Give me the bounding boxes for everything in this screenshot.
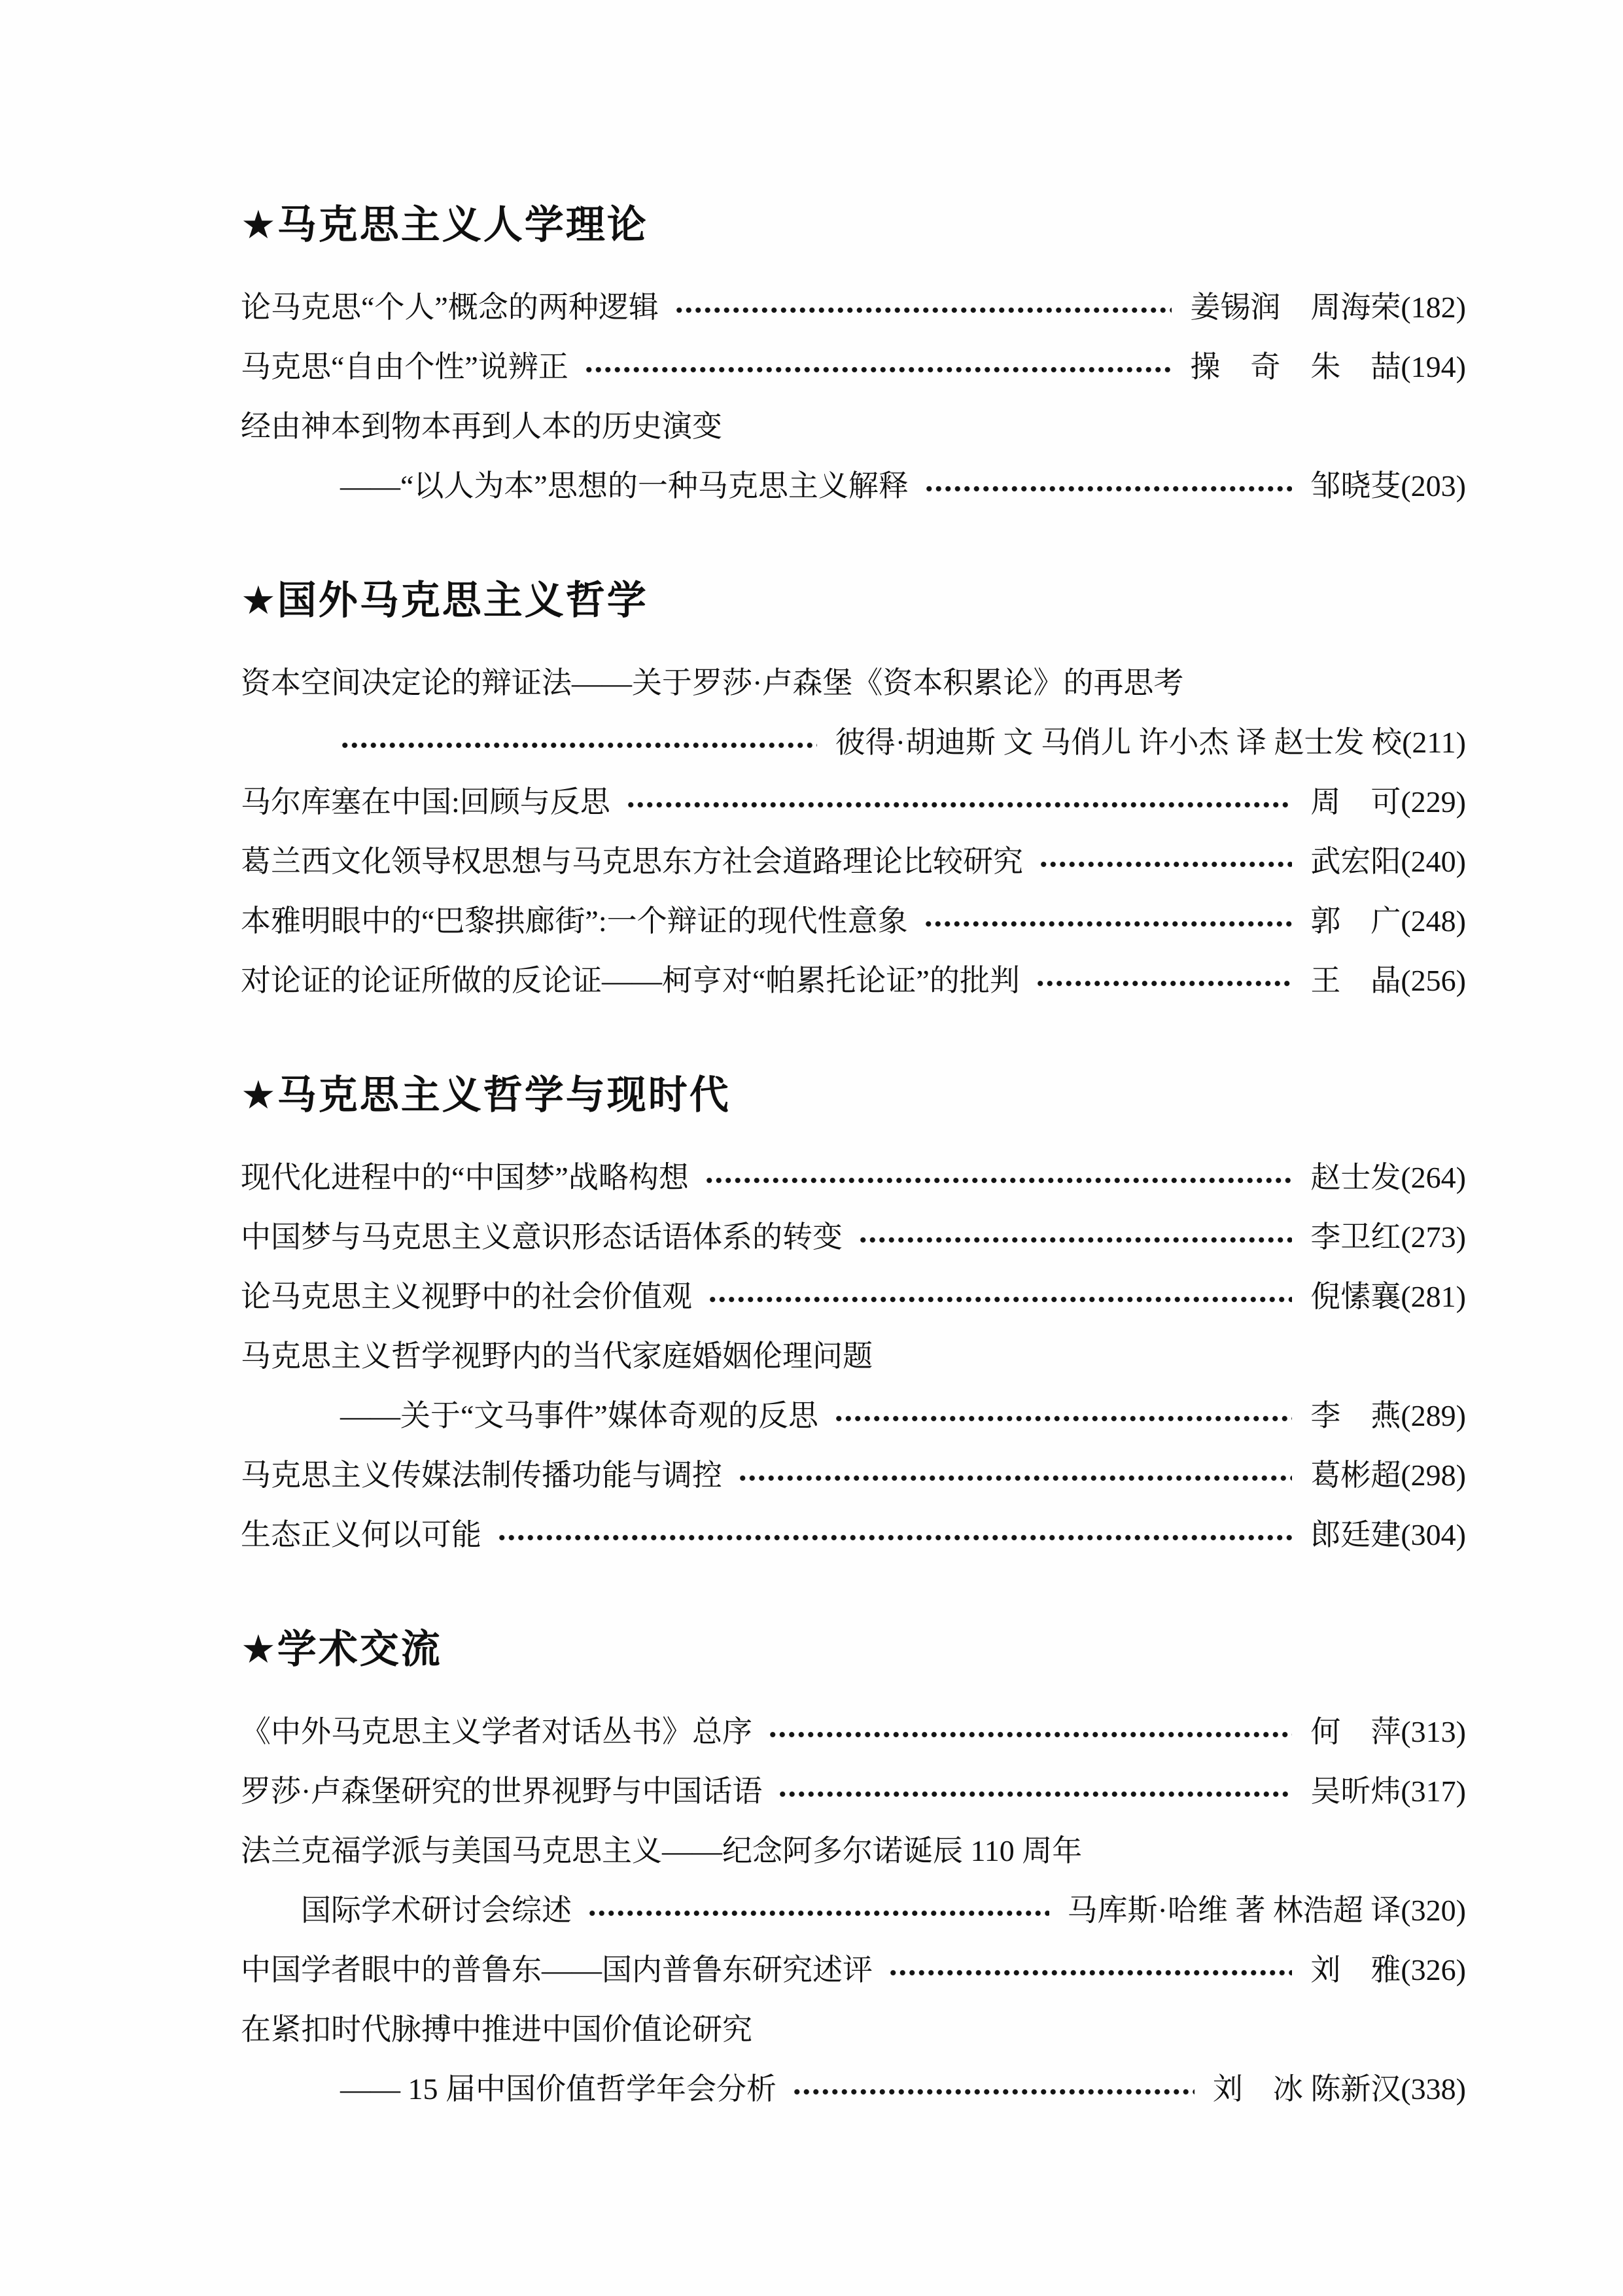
toc-entry-row: —— 15 届中国价值哲学年会分析刘 冰 陈新汉(338)	[241, 2059, 1466, 2119]
entry-title: 罗莎·卢森堡研究的世界视野与中国话语	[241, 1773, 762, 1810]
entry-title: 在紧扣时代脉搏中推进中国价值论研究	[241, 2011, 752, 2049]
entry-author-page: 操 奇 朱 喆(194)	[1190, 348, 1466, 386]
entry-author: 吴昕炜	[1310, 1775, 1401, 1808]
entry-author-page: 刘 冰 陈新汉(338)	[1213, 2070, 1466, 2108]
entry-title: 国际学术研讨会综述	[301, 1892, 572, 1930]
toc-entry-row: 本雅明眼中的“巴黎拱廊街”:一个辩证的现代性意象郭 广(248)	[241, 891, 1466, 951]
toc-entry-row: 马尔库塞在中国:回顾与反思周 可(229)	[241, 772, 1466, 832]
dot-leader	[768, 1720, 1292, 1750]
toc-page: ★马克思主义人学理论论马克思“个人”概念的两种逻辑姜锡润 周海荣(182)马克思…	[0, 0, 1623, 2296]
dot-leader	[738, 1463, 1292, 1493]
entry-page: (320)	[1401, 1894, 1466, 1927]
entry-author: 邹晓芟	[1310, 469, 1401, 503]
entry-page: (256)	[1401, 964, 1466, 997]
entry-page: (182)	[1401, 291, 1466, 324]
entry-author: 李卫红	[1310, 1220, 1401, 1254]
dot-leader	[792, 2077, 1195, 2107]
entry-author: 李 燕	[1310, 1399, 1401, 1432]
toc-entry-row: 经由神本到物本再到人本的历史演变	[241, 397, 1466, 456]
entry-title: 中国梦与马克思主义意识形态话语体系的转变	[241, 1218, 843, 1256]
entry-title: 经由神本到物本再到人本的历史演变	[241, 408, 722, 446]
dot-leader	[705, 1165, 1293, 1195]
toc-section: ★国外马克思主义哲学资本空间决定论的辩证法——关于罗莎·卢森堡《资本积累论》的再…	[241, 577, 1466, 1010]
entry-author-page: 吴昕炜(317)	[1310, 1773, 1466, 1810]
entry-page: (338)	[1401, 2072, 1466, 2106]
entry-author-page: 马库斯·哈维 著 林浩超 译(320)	[1068, 1892, 1466, 1930]
entry-title: 资本空间决定论的辩证法——关于罗莎·卢森堡《资本积累论》的再思考	[241, 664, 1183, 702]
entry-author-page: 邹晓芟(203)	[1310, 467, 1466, 505]
entry-title: 《中外马克思主义学者对话丛书》总序	[241, 1713, 752, 1751]
toc-entry-row: 《中外马克思主义学者对话丛书》总序何 萍(313)	[241, 1702, 1466, 1761]
entry-author-page: 倪愫襄(281)	[1310, 1278, 1466, 1316]
dot-leader	[674, 295, 1172, 325]
entry-author: 姜锡润 周海荣	[1190, 291, 1401, 324]
entry-title: 马克思“自由个性”说辨正	[241, 348, 568, 386]
toc-entry-row: 现代化进程中的“中国梦”战略构想赵士发(264)	[241, 1148, 1466, 1207]
entry-page: (229)	[1401, 785, 1466, 819]
entry-page: (298)	[1401, 1458, 1466, 1492]
toc-section: ★马克思主义人学理论论马克思“个人”概念的两种逻辑姜锡润 周海荣(182)马克思…	[241, 202, 1466, 516]
entry-title: 葛兰西文化领导权思想与马克思东方社会道路理论比较研究	[241, 843, 1023, 881]
entry-author: 周 可	[1310, 785, 1401, 819]
entry-author-page: 姜锡润 周海荣(182)	[1190, 289, 1466, 327]
entry-title: 对论证的论证所做的反论证——柯亨对“帕累托论证”的批判	[241, 962, 1020, 1000]
entry-author-page: 郎廷建(304)	[1310, 1516, 1466, 1554]
toc-entry-row: 彼得·胡迪斯 文 马俏儿 许小杰 译 赵士发 校(211)	[241, 713, 1466, 772]
toc-entry-row: 罗莎·卢森堡研究的世界视野与中国话语吴昕炜(317)	[241, 1761, 1466, 1821]
toc-entry-row: 论马克思“个人”概念的两种逻辑姜锡润 周海荣(182)	[241, 277, 1466, 337]
entry-author: 赵士发	[1310, 1161, 1401, 1194]
star-icon: ★	[241, 578, 276, 622]
section-header: ★马克思主义人学理论	[241, 202, 1466, 249]
toc-entry-row: 在紧扣时代脉搏中推进中国价值论研究	[241, 2000, 1466, 2059]
entry-page: (264)	[1401, 1161, 1466, 1194]
entry-page: (194)	[1401, 350, 1466, 383]
entry-title: 法兰克福学派与美国马克思主义——纪念阿多尔诺诞辰 110 周年	[241, 1832, 1082, 1870]
entry-author: 刘 雅	[1310, 1953, 1401, 1987]
entry-title: 论马克思主义视野中的社会价值观	[241, 1278, 692, 1316]
entry-title: 马克思主义哲学视野内的当代家庭婚姻伦理问题	[241, 1337, 873, 1375]
entry-author: 刘 冰 陈新汉	[1213, 2072, 1401, 2106]
toc-entry-row: ——“以人为本”思想的一种马克思主义解释邹晓芟(203)	[241, 456, 1466, 516]
toc-entry-row: 国际学术研讨会综述马库斯·哈维 著 林浩超 译(320)	[241, 1881, 1466, 1940]
entry-author-page: 李卫红(273)	[1310, 1218, 1466, 1256]
toc-entry-row: 马克思“自由个性”说辨正操 奇 朱 喆(194)	[241, 337, 1466, 397]
dot-leader	[834, 1404, 1293, 1434]
entry-author-page: 王 晶(256)	[1310, 962, 1466, 1000]
toc-entry-row: 葛兰西文化领导权思想与马克思东方社会道路理论比较研究武宏阳(240)	[241, 832, 1466, 891]
dot-leader	[778, 1779, 1292, 1809]
entry-page: (304)	[1401, 1518, 1466, 1551]
dot-leader	[924, 474, 1293, 504]
dot-leader	[497, 1523, 1292, 1553]
entry-author-page: 武宏阳(240)	[1310, 843, 1466, 881]
entry-title: 本雅明眼中的“巴黎拱廊街”:一个辩证的现代性意象	[241, 902, 908, 940]
entry-author: 马库斯·哈维 著 林浩超 译	[1068, 1894, 1401, 1927]
section-header: ★国外马克思主义哲学	[241, 577, 1466, 624]
dot-leader	[1039, 849, 1292, 879]
entry-author-page: 李 燕(289)	[1310, 1397, 1466, 1435]
entry-title: 现代化进程中的“中国梦”战略构想	[241, 1159, 689, 1197]
section-title: 马克思主义人学理论	[277, 203, 648, 247]
section-header: ★学术交流	[241, 1626, 1466, 1673]
dot-leader	[626, 790, 1293, 820]
dot-leader	[924, 909, 1293, 939]
star-icon: ★	[241, 203, 276, 247]
entry-author-page: 何 萍(313)	[1310, 1713, 1466, 1751]
entry-author: 武宏阳	[1310, 845, 1401, 878]
entry-title: ——关于“文马事件”媒体奇观的反思	[340, 1397, 818, 1435]
entry-page: (203)	[1401, 469, 1466, 503]
entry-author-page: 周 可(229)	[1310, 783, 1466, 821]
toc-entry-row: 资本空间决定论的辩证法——关于罗莎·卢森堡《资本积累论》的再思考	[241, 653, 1466, 713]
entry-title: 马尔库塞在中国:回顾与反思	[241, 783, 610, 821]
entry-author-page: 葛彬超(298)	[1310, 1457, 1466, 1494]
toc-entry-row: 中国梦与马克思主义意识形态话语体系的转变李卫红(273)	[241, 1207, 1466, 1267]
entry-author: 郭 广	[1310, 904, 1401, 938]
toc-entry-row: 中国学者眼中的普鲁东——国内普鲁东研究述评刘 雅(326)	[241, 1940, 1466, 2000]
entry-author: 操 奇 朱 喆	[1190, 350, 1401, 383]
dot-leader	[340, 730, 817, 760]
dot-leader	[1036, 968, 1293, 998]
section-title: 马克思主义哲学与现时代	[277, 1073, 731, 1117]
dot-leader	[858, 1225, 1292, 1255]
entry-title: 马克思主义传媒法制传播功能与调控	[241, 1457, 722, 1494]
toc-section: ★马克思主义哲学与现时代现代化进程中的“中国梦”战略构想赵士发(264)中国梦与…	[241, 1072, 1466, 1564]
toc-entry-row: 生态正义何以可能郎廷建(304)	[241, 1505, 1466, 1564]
dot-leader	[708, 1284, 1292, 1315]
toc-entry-row: ——关于“文马事件”媒体奇观的反思李 燕(289)	[241, 1386, 1466, 1445]
toc-entry-row: 马克思主义哲学视野内的当代家庭婚姻伦理问题	[241, 1326, 1466, 1386]
entry-author-page: 彼得·胡迪斯 文 马俏儿 许小杰 译 赵士发 校(211)	[835, 724, 1466, 762]
entry-author: 葛彬超	[1310, 1458, 1401, 1492]
entry-page: (289)	[1401, 1399, 1466, 1432]
entry-author-page: 刘 雅(326)	[1310, 1951, 1466, 1989]
entry-author-page: 赵士发(264)	[1310, 1159, 1466, 1197]
entry-page: (211)	[1402, 726, 1466, 759]
entry-author: 何 萍	[1310, 1715, 1401, 1748]
dot-leader	[584, 355, 1172, 385]
entry-author-page: 郭 广(248)	[1310, 902, 1466, 940]
section-title: 国外马克思主义哲学	[277, 578, 648, 622]
entry-author: 彼得·胡迪斯 文 马俏儿 许小杰 译 赵士发 校	[835, 726, 1402, 759]
entry-title: 论马克思“个人”概念的两种逻辑	[241, 289, 659, 327]
entry-author: 郎廷建	[1310, 1518, 1401, 1551]
toc-entry-row: 论马克思主义视野中的社会价值观倪愫襄(281)	[241, 1267, 1466, 1326]
entry-page: (313)	[1401, 1715, 1466, 1748]
entry-title: —— 15 届中国价值哲学年会分析	[340, 2070, 777, 2108]
entry-page: (326)	[1401, 1953, 1466, 1987]
entry-title: 中国学者眼中的普鲁东——国内普鲁东研究述评	[241, 1951, 873, 1989]
entry-page: (317)	[1401, 1775, 1466, 1808]
entry-page: (248)	[1401, 904, 1466, 938]
star-icon: ★	[241, 1627, 276, 1671]
star-icon: ★	[241, 1073, 276, 1117]
entry-page: (273)	[1401, 1220, 1466, 1254]
entry-title: ——“以人为本”思想的一种马克思主义解释	[340, 467, 909, 505]
section-title: 学术交流	[277, 1627, 442, 1671]
dot-leader	[587, 1898, 1049, 1928]
toc-entry-row: 马克思主义传媒法制传播功能与调控葛彬超(298)	[241, 1445, 1466, 1505]
entry-author: 倪愫襄	[1310, 1280, 1401, 1313]
entry-page: (281)	[1401, 1280, 1466, 1313]
section-header: ★马克思主义哲学与现时代	[241, 1072, 1466, 1119]
toc-entry-row: 对论证的论证所做的反论证——柯亨对“帕累托论证”的批判王 晶(256)	[241, 951, 1466, 1010]
entry-author: 王 晶	[1310, 964, 1401, 997]
toc-entry-row: 法兰克福学派与美国马克思主义——纪念阿多尔诺诞辰 110 周年	[241, 1821, 1466, 1881]
entry-page: (240)	[1401, 845, 1466, 878]
toc-section: ★学术交流《中外马克思主义学者对话丛书》总序何 萍(313)罗莎·卢森堡研究的世…	[241, 1626, 1466, 2119]
entry-title: 生态正义何以可能	[241, 1516, 481, 1554]
dot-leader	[888, 1958, 1292, 1988]
